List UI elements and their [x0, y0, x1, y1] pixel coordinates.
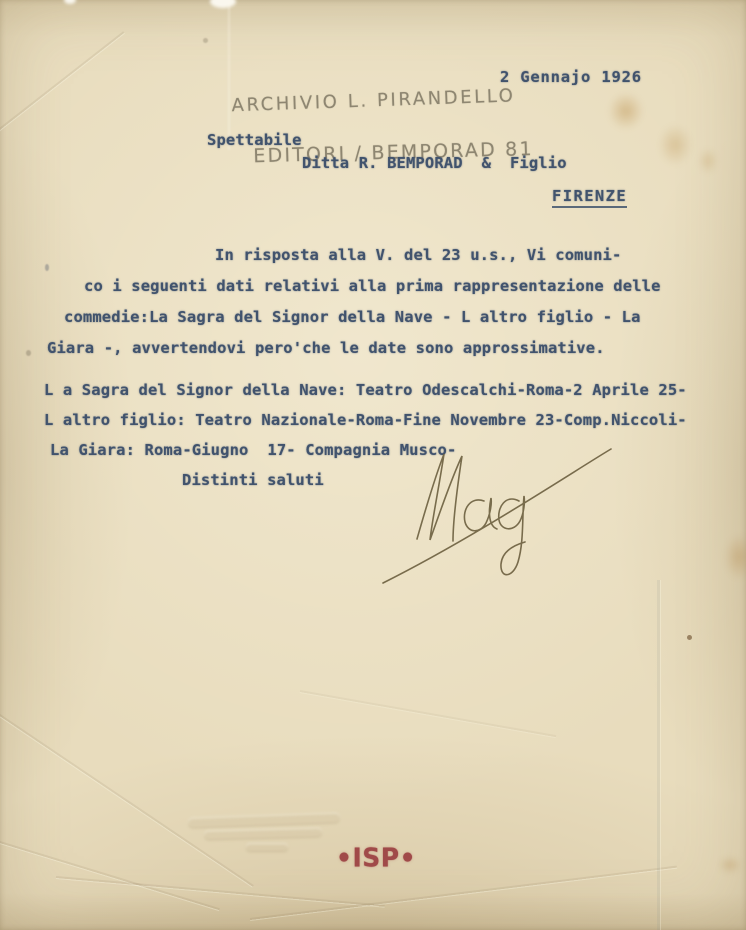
- letter-date: 2 Gennajo 1926: [500, 68, 642, 86]
- recipient-company: Ditta R. BEMPORAD & Figlio: [302, 154, 567, 172]
- paper-stain: [724, 534, 746, 580]
- paper-nick: [64, 0, 76, 4]
- recipient-city: FIRENZE: [552, 187, 627, 208]
- salutation: Spettabile: [207, 131, 302, 149]
- body-line: commedie:La Sagra del Signor della Nave …: [64, 308, 641, 326]
- embossed-seal: [246, 843, 288, 851]
- fold-crease: [0, 706, 254, 887]
- paper-stain: [608, 92, 644, 130]
- paper-nick: [210, 0, 236, 8]
- body-line: co i seguenti dati relativi alla prima r…: [84, 277, 661, 295]
- scanned-letter-page: ARCHIVIO L. PIRANDELLO EDITORI / BEMPORA…: [0, 0, 746, 930]
- annotation-line-1: ARCHIVIO L. PIRANDELLO: [231, 83, 532, 119]
- fold-crease: [56, 876, 385, 907]
- paper-speck: [687, 635, 692, 640]
- fold-crease: [0, 838, 220, 910]
- isp-stamp: •ISP•: [336, 842, 416, 872]
- handwritten-signature: [365, 425, 635, 605]
- body-line: Giara -, avvertendovi pero'che le date s…: [47, 339, 605, 357]
- body-line: L a Sagra del Signor della Nave: Teatro …: [44, 381, 687, 399]
- fold-crease: [250, 866, 677, 920]
- paper-stain: [698, 148, 718, 174]
- closing-line: Distinti saluti: [182, 471, 324, 489]
- paper-speck: [45, 264, 49, 271]
- paper-stain: [718, 856, 742, 874]
- paper-stain: [658, 124, 692, 166]
- paper-speck: [26, 350, 31, 356]
- vertical-fold: [657, 580, 660, 930]
- body-line: In risposta alla V. del 23 u.s., Vi comu…: [215, 246, 621, 264]
- paper-speck: [203, 38, 208, 43]
- embossed-seal: [188, 812, 340, 827]
- fold-crease: [300, 690, 556, 737]
- archival-annotation: ARCHIVIO L. PIRANDELLO EDITORI / BEMPORA…: [229, 31, 535, 198]
- fold-crease: [0, 31, 124, 150]
- embossed-seal: [204, 827, 322, 839]
